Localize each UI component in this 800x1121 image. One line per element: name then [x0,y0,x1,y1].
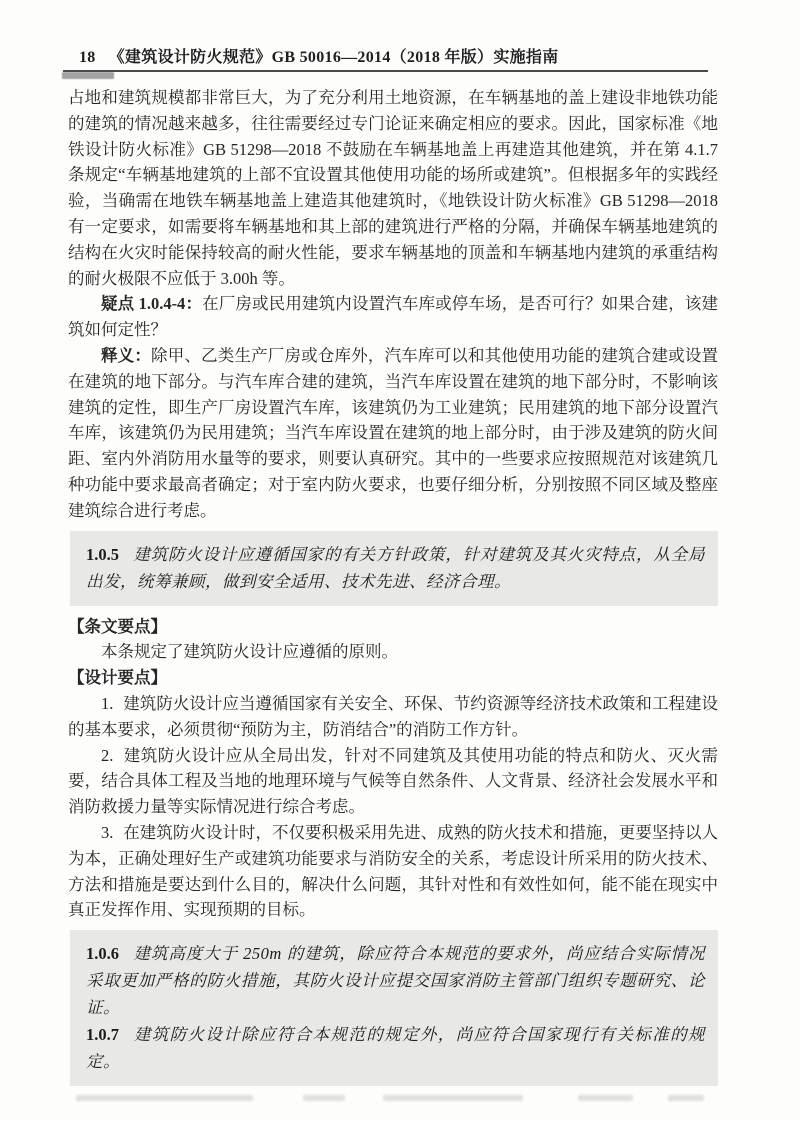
scan-streak-segment [578,1095,633,1101]
design-point-2: 2.建筑防火设计应从全局出发，针对不同建筑及其使用功能的特点和防火、灭火需要，结… [68,743,718,820]
clause-107: 1.0.7建筑防火设计除应符合本规范的规定外，尚应符合国家现行有关标准的规定。 [86,1021,705,1075]
scan-smudge [62,72,114,79]
clause-box-106-107: 1.0.6建筑高度大于 250m 的建筑，除应符合本规范的要求外，尚应结合实际情… [70,930,718,1086]
design-point-2-text: 建筑防火设计应从全局出发，针对不同建筑及其使用功能的特点和防火、灭火需要，结合具… [68,746,718,817]
clause-105: 1.0.5建筑防火设计应遵循国家的有关方针政策，针对建筑及其火灾特点，从全局出发… [86,541,705,595]
heading-article-points: 【条文要点】 [68,614,718,640]
article-note: 本条规定了建筑防火设计应遵循的原则。 [68,639,718,665]
design-point-2-number: 2. [101,746,113,765]
interpretation-text: 除甲、乙类生产厂房或仓库外，汽车库可以和其他使用功能的建筑合建或设置在建筑的地下… [68,346,718,520]
book-page: 18《建筑设计防火规范》GB 50016—2014（2018 年版）实施指南 占… [0,0,800,1121]
design-point-3-text: 在建筑防火设计时，不仅要积极采用先进、成熟的防火技术和措施，更要坚持以人为本，正… [68,823,718,919]
paragraph-continuation: 占地和建筑规模都非常巨大，为了充分利用土地资源，在车辆基地的盖上建设非地铁功能的… [68,85,718,291]
book-title: 《建筑设计防火规范》GB 50016—2014（2018 年版）实施指南 [109,49,559,66]
interpretation-label: 释义： [101,346,151,365]
scan-streak-segment [303,1095,345,1101]
page-header: 18《建筑设计防火规范》GB 50016—2014（2018 年版）实施指南 [79,44,559,67]
clause-107-number: 1.0.7 [86,1025,119,1044]
clause-106: 1.0.6建筑高度大于 250m 的建筑，除应符合本规范的要求外，尚应结合实际情… [86,940,705,1021]
scan-streak [68,1094,718,1104]
header-rule [63,70,708,72]
question-label: 疑点 1.0.4-4： [101,294,202,313]
clause-105-number: 1.0.5 [86,545,119,564]
clause-106-number: 1.0.6 [86,944,119,963]
scan-streak-segment [383,1095,523,1101]
text-column: 占地和建筑规模都非常巨大，为了充分利用土地资源，在车辆基地的盖上建设非地铁功能的… [68,85,718,1104]
design-point-3-number: 3. [101,823,113,842]
interpretation-paragraph: 释义：除甲、乙类生产厂房或仓库外，汽车库可以和其他使用功能的建筑合建或设置在建筑… [68,343,718,524]
design-point-3: 3.在建筑防火设计时，不仅要积极采用先进、成熟的防火技术和措施，更要坚持以人为本… [68,820,718,923]
heading-design-points: 【设计要点】 [68,665,718,691]
scan-streak-segment [76,1095,253,1101]
scan-streak-segment [668,1095,704,1101]
design-point-1-text: 建筑防火设计应当遵循国家有关安全、环保、节约资源等经济技术政策和工程建设的基本要… [68,694,718,739]
design-point-1: 1.建筑防火设计应当遵循国家有关安全、环保、节约资源等经济技术政策和工程建设的基… [68,691,718,743]
clause-105-text: 建筑防火设计应遵循国家的有关方针政策，针对建筑及其火灾特点，从全局出发，统筹兼顾… [86,545,705,591]
page-number: 18 [79,49,96,66]
clause-106-text: 建筑高度大于 250m 的建筑，除应符合本规范的要求外，尚应结合实际情况采取更加… [86,944,705,1017]
clause-107-text: 建筑防火设计除应符合本规范的规定外，尚应符合国家现行有关标准的规定。 [86,1025,705,1071]
design-point-1-number: 1. [101,694,113,713]
question-paragraph: 疑点 1.0.4-4：在厂房或民用建筑内设置汽车库或停车场，是否可行？如果合建，… [68,291,718,343]
clause-box-105: 1.0.5建筑防火设计应遵循国家的有关方针政策，针对建筑及其火灾特点，从全局出发… [70,531,718,606]
